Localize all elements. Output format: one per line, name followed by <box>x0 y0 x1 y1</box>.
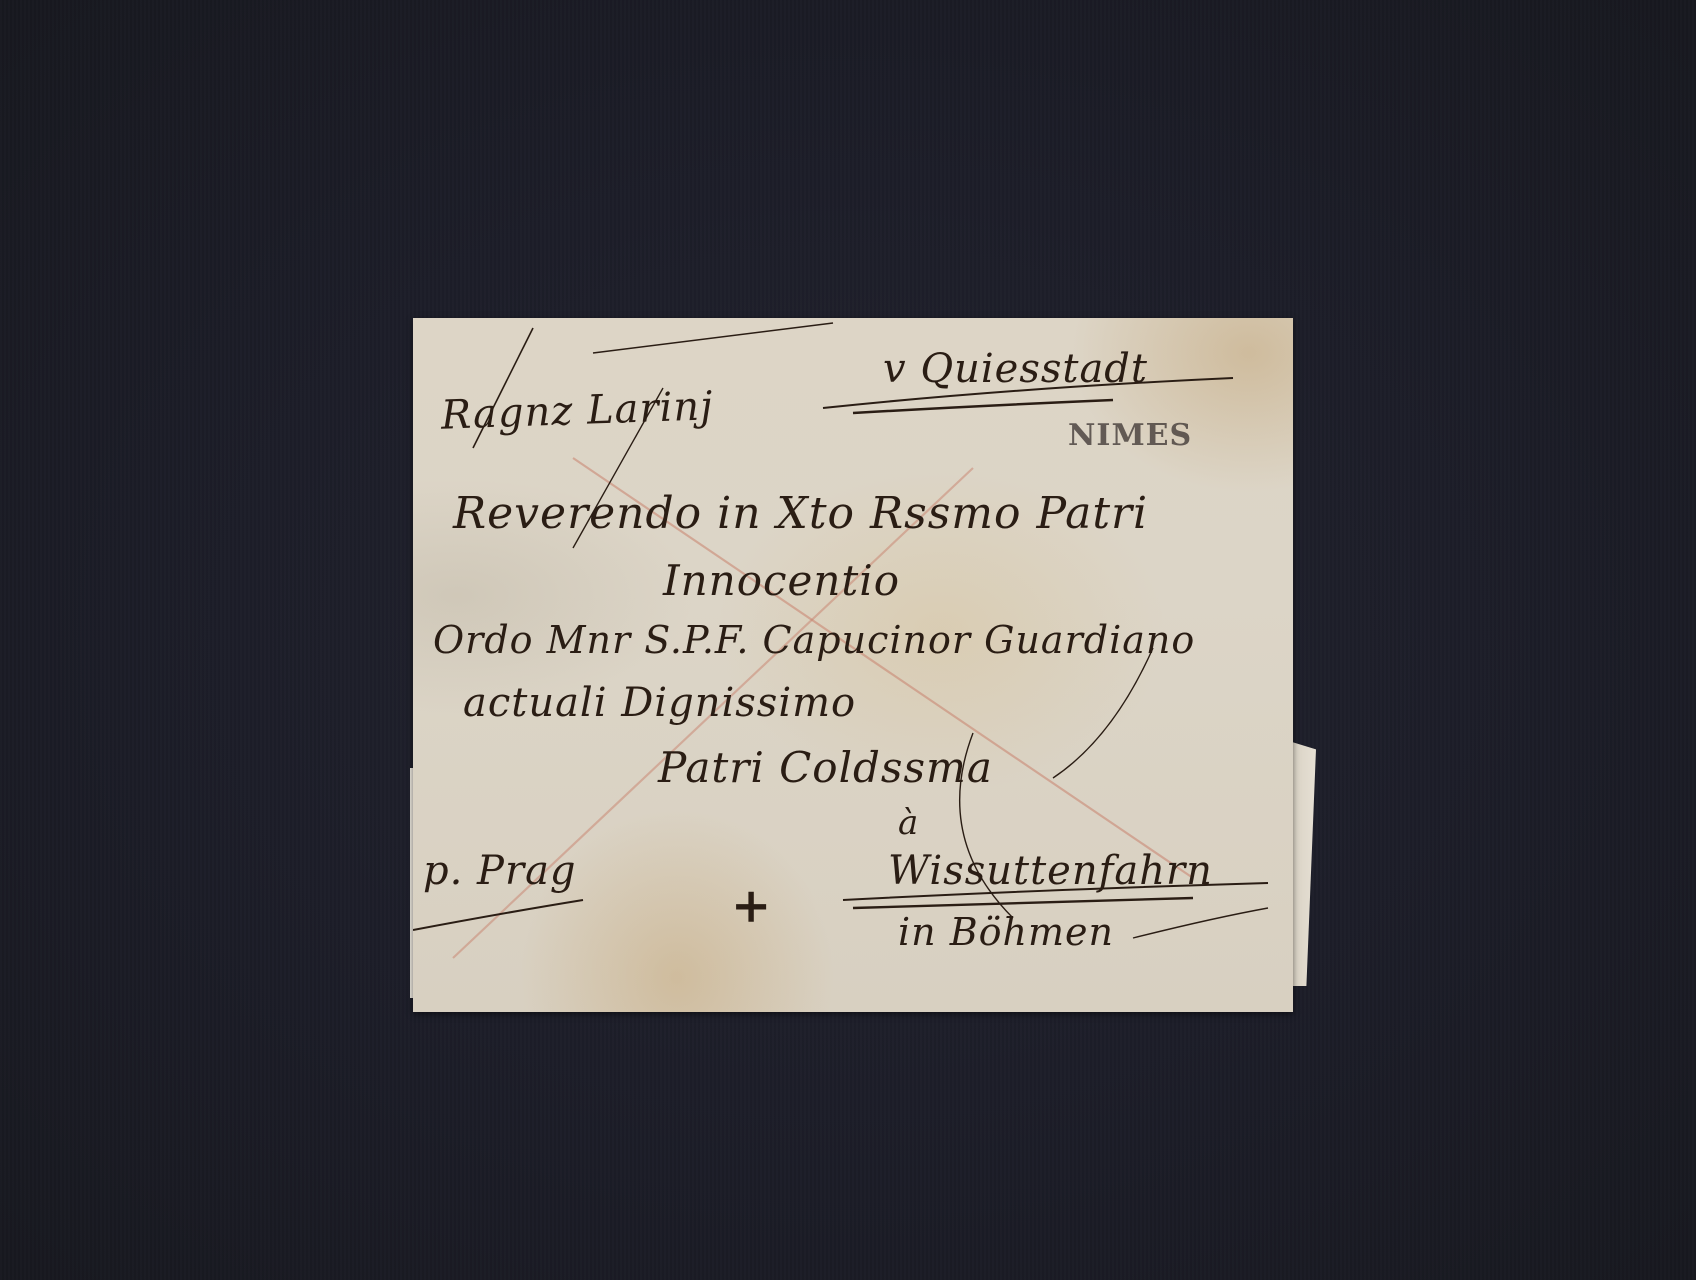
routing-note: p. Prag <box>423 848 577 894</box>
address-line-2: Innocentio <box>663 556 900 605</box>
note-top-right: v Quiesstadt <box>883 346 1148 392</box>
destination-line-1: Wissuttenfahrn <box>888 848 1213 894</box>
destination-prefix: à <box>898 803 919 843</box>
address-line-1: Reverendo in Xto Rssmo Patri <box>453 488 1148 539</box>
cross-mark: + <box>731 878 772 934</box>
address-line-3: Ordo Mnr S.P.F. Capucinor Guardiano <box>433 618 1195 662</box>
postmark-stamp: NIMES <box>1068 418 1192 453</box>
address-line-4: actuali Dignissimo <box>463 680 856 726</box>
address-line-5: Patri Coldssma <box>658 743 993 792</box>
note-top-left: Ragnz Larinj <box>440 383 714 438</box>
letter-envelope: Ragnz Larinj v Quiesstadt NIMES Reverend… <box>413 318 1293 1012</box>
destination-line-2: in Böhmen <box>898 910 1114 954</box>
